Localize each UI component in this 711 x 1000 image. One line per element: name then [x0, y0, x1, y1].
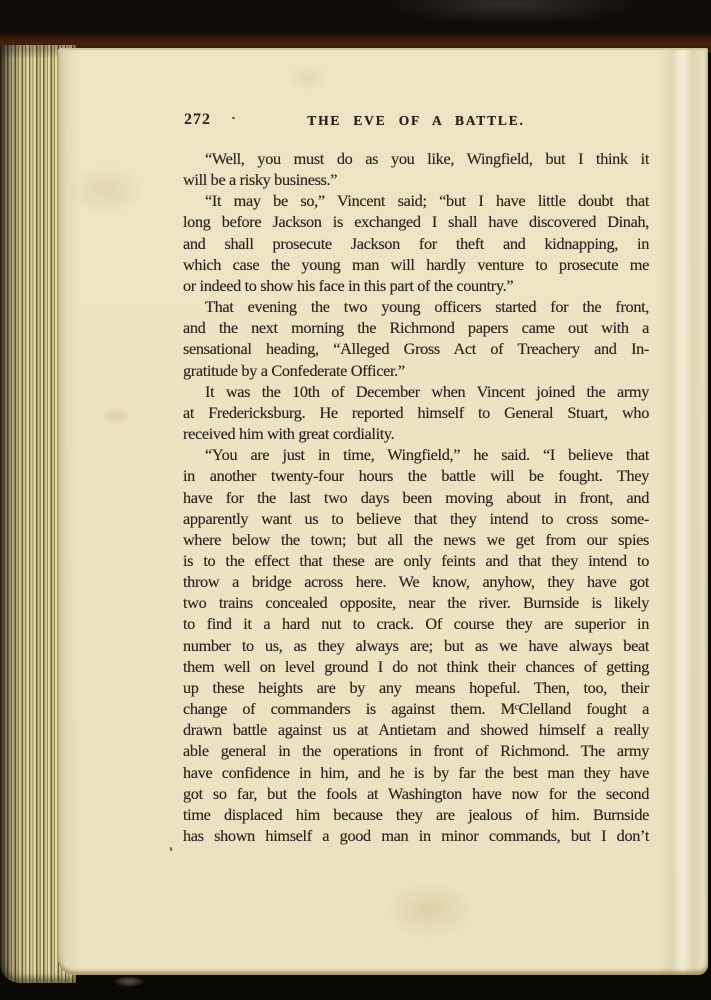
text-line: two trains concealed opposite, near the … — [183, 592, 649, 613]
text-line: That evening the two young officers star… — [183, 296, 649, 317]
text-line: number to us, as they always are; but as… — [183, 635, 649, 656]
book-page: 272 THE EVE OF A BATTLE. “Well, you must… — [58, 48, 708, 975]
text-line: or indeed to show his face in this part … — [183, 275, 649, 296]
text-line: change of commanders is against them. Mᶜ… — [183, 698, 649, 719]
text-line: time displaced him because they are jeal… — [183, 804, 649, 825]
paragraph: That evening the two young officers star… — [183, 296, 649, 381]
text-line: and shall prosecute Jackson for theft an… — [183, 233, 649, 254]
text-line: received him with great cordiality. — [183, 423, 649, 444]
text-line: throw a bridge across here. We know, any… — [183, 571, 649, 592]
page-number: 272 — [184, 111, 211, 129]
paragraph: It was the 10th of December when Vincent… — [183, 381, 649, 444]
text-line: drawn battle against us at Antietam and … — [183, 719, 649, 740]
text-line: “It may be so,” Vincent said; “but I hav… — [183, 190, 649, 211]
text-line: have for the last two days been moving a… — [183, 487, 649, 508]
text-line: has shown himself a good man in minor co… — [183, 825, 649, 846]
text-line: sensational heading, “Alleged Gross Act … — [183, 338, 649, 359]
text-line: will be a risky business.” — [183, 169, 649, 190]
text-line: got so far, but the fools at Washington … — [183, 783, 649, 804]
book-photo: 272 THE EVE OF A BATTLE. “Well, you must… — [0, 0, 711, 1000]
text-line: have confidence in him, and he is by far… — [183, 762, 649, 783]
text-line: which case the young man will hardly ven… — [183, 254, 649, 275]
text-line: long before Jackson is exchanged I shall… — [183, 211, 649, 232]
text-line: them well on level ground I do not think… — [183, 656, 649, 677]
text-line: able general in the operations in front … — [183, 740, 649, 761]
text-line: It was the 10th of December when Vincent… — [183, 381, 649, 402]
text-line: to find it a hard nut to crack. Of cours… — [183, 613, 649, 634]
shadow-nub — [114, 976, 144, 987]
text-line: is to the effect that these are only fei… — [183, 550, 649, 571]
text-line: “Well, you must do as you like, Wingfiel… — [183, 148, 649, 169]
text-line: at Fredericksburg. He reported himself t… — [183, 402, 649, 423]
ink-speck — [169, 847, 172, 851]
paragraph: “It may be so,” Vincent said; “but I hav… — [183, 190, 649, 296]
text-line: “You are just in time, Wingfield,” he sa… — [183, 444, 649, 465]
text-line: in another twenty-four hours the battle … — [183, 465, 649, 486]
text-line: gratitude by a Confederate Officer.” — [183, 360, 649, 381]
text-line: and the next morning the Richmond papers… — [183, 317, 649, 338]
text-line: up these heights are by any means hopefu… — [183, 677, 649, 698]
paragraph: “Well, you must do as you like, Wingfiel… — [183, 148, 649, 190]
paragraph: “You are just in time, Wingfield,” he sa… — [183, 444, 649, 846]
text-line: where below the town; but all the news w… — [183, 529, 649, 550]
running-header: THE EVE OF A BATTLE. — [183, 110, 649, 129]
text-line: apparently want us to believe that they … — [183, 508, 649, 529]
text-body: “Well, you must do as you like, Wingfiel… — [183, 148, 649, 846]
page-header: 272 THE EVE OF A BATTLE. — [183, 110, 649, 132]
